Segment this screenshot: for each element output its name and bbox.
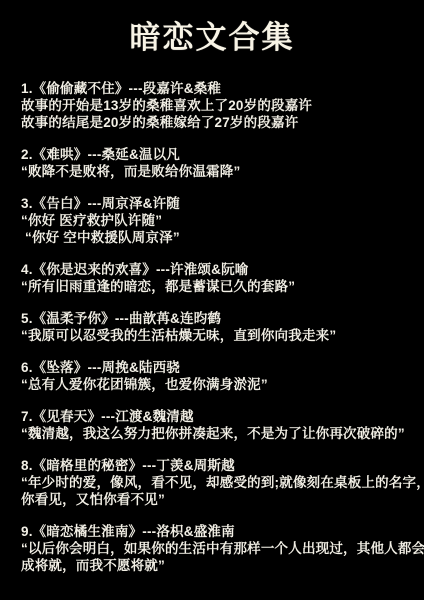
story-heading: 9.《暗恋橘生淮南》---洛枳&盛淮南	[21, 523, 414, 540]
story-heading: 7.《见春天》---江渡&魏清越	[21, 408, 414, 425]
story-item: 8.《暗格里的秘密》---丁羡&周斯越 “年少时的爱，像风，看不见，却感受的到;…	[0, 457, 424, 508]
story-heading: 1.《偷偷藏不住》---段嘉许&桑稚	[21, 80, 414, 97]
story-list: 1.《偷偷藏不住》---段嘉许&桑稚 故事的开始是13岁的桑稚喜欢上了20岁的段…	[0, 80, 424, 574]
story-heading: 8.《暗格里的秘密》---丁羡&周斯越	[21, 457, 414, 474]
story-heading: 3.《告白》---周京泽&许随	[21, 195, 414, 212]
story-line: “以后你会明白，如果你的生活中有那样一个人出现过，其他人都会变	[21, 540, 414, 557]
story-line: “我原可以忍受我的生活枯燥无味，直到你向我走来”	[21, 327, 414, 344]
story-line: “所有旧雨重逢的暗恋，都是蓄谋已久的套路”	[21, 278, 414, 295]
story-item: 5.《温柔予你》---曲歆苒&连昀鹤 “我原可以忍受我的生活枯燥无味，直到你向我…	[0, 310, 424, 344]
story-item: 9.《暗恋橘生淮南》---洛枳&盛淮南 “以后你会明白，如果你的生活中有那样一个…	[0, 523, 424, 574]
story-line: “败降不是败将，而是败给你温霜降”	[21, 163, 414, 180]
story-line: 故事的结尾是20岁的桑稚嫁给了27岁的段嘉许	[21, 114, 414, 131]
story-item: 2.《难哄》---桑延&温以凡 “败降不是败将，而是败给你温霜降”	[0, 146, 424, 180]
page-title: 暗恋文合集	[0, 0, 424, 57]
story-heading: 2.《难哄》---桑延&温以凡	[21, 146, 414, 163]
story-line: 你看见，又怕你看不见”	[21, 491, 414, 508]
story-heading: 5.《温柔予你》---曲歆苒&连昀鹤	[21, 310, 414, 327]
story-line: 成将就，而我不愿将就”	[21, 557, 414, 574]
story-line: 故事的开始是13岁的桑稚喜欢上了20岁的段嘉许	[21, 97, 414, 114]
story-line: “总有人爱你花团锦簇，也爱你满身淤泥”	[21, 376, 414, 393]
story-line: “你好 医疗救护队许随”	[21, 212, 414, 229]
story-item: 6.《坠落》---周挽&陆西骁 “总有人爱你花团锦簇，也爱你满身淤泥”	[0, 359, 424, 393]
story-item: 3.《告白》---周京泽&许随 “你好 医疗救护队许随” “你好 空中救援队周京…	[0, 195, 424, 246]
story-heading: 4.《你是迟来的欢喜》---许淮颂&阮喻	[21, 261, 414, 278]
story-item: 4.《你是迟来的欢喜》---许淮颂&阮喻 “所有旧雨重逢的暗恋，都是蓄谋已久的套…	[0, 261, 424, 295]
poster: 暗恋文合集 1.《偷偷藏不住》---段嘉许&桑稚 故事的开始是13岁的桑稚喜欢上…	[0, 0, 424, 600]
story-item: 7.《见春天》---江渡&魏清越 “魏清越，我这么努力把你拼凑起来，不是为了让你…	[0, 408, 424, 442]
story-item: 1.《偷偷藏不住》---段嘉许&桑稚 故事的开始是13岁的桑稚喜欢上了20岁的段…	[0, 80, 424, 131]
story-line: “年少时的爱，像风，看不见，却感受的到;就像刻在桌板上的名字，怕	[21, 474, 414, 491]
story-line: “你好 空中救援队周京泽”	[21, 229, 414, 246]
story-line: “魏清越，我这么努力把你拼凑起来，不是为了让你再次破碎的”	[21, 425, 414, 442]
story-heading: 6.《坠落》---周挽&陆西骁	[21, 359, 414, 376]
